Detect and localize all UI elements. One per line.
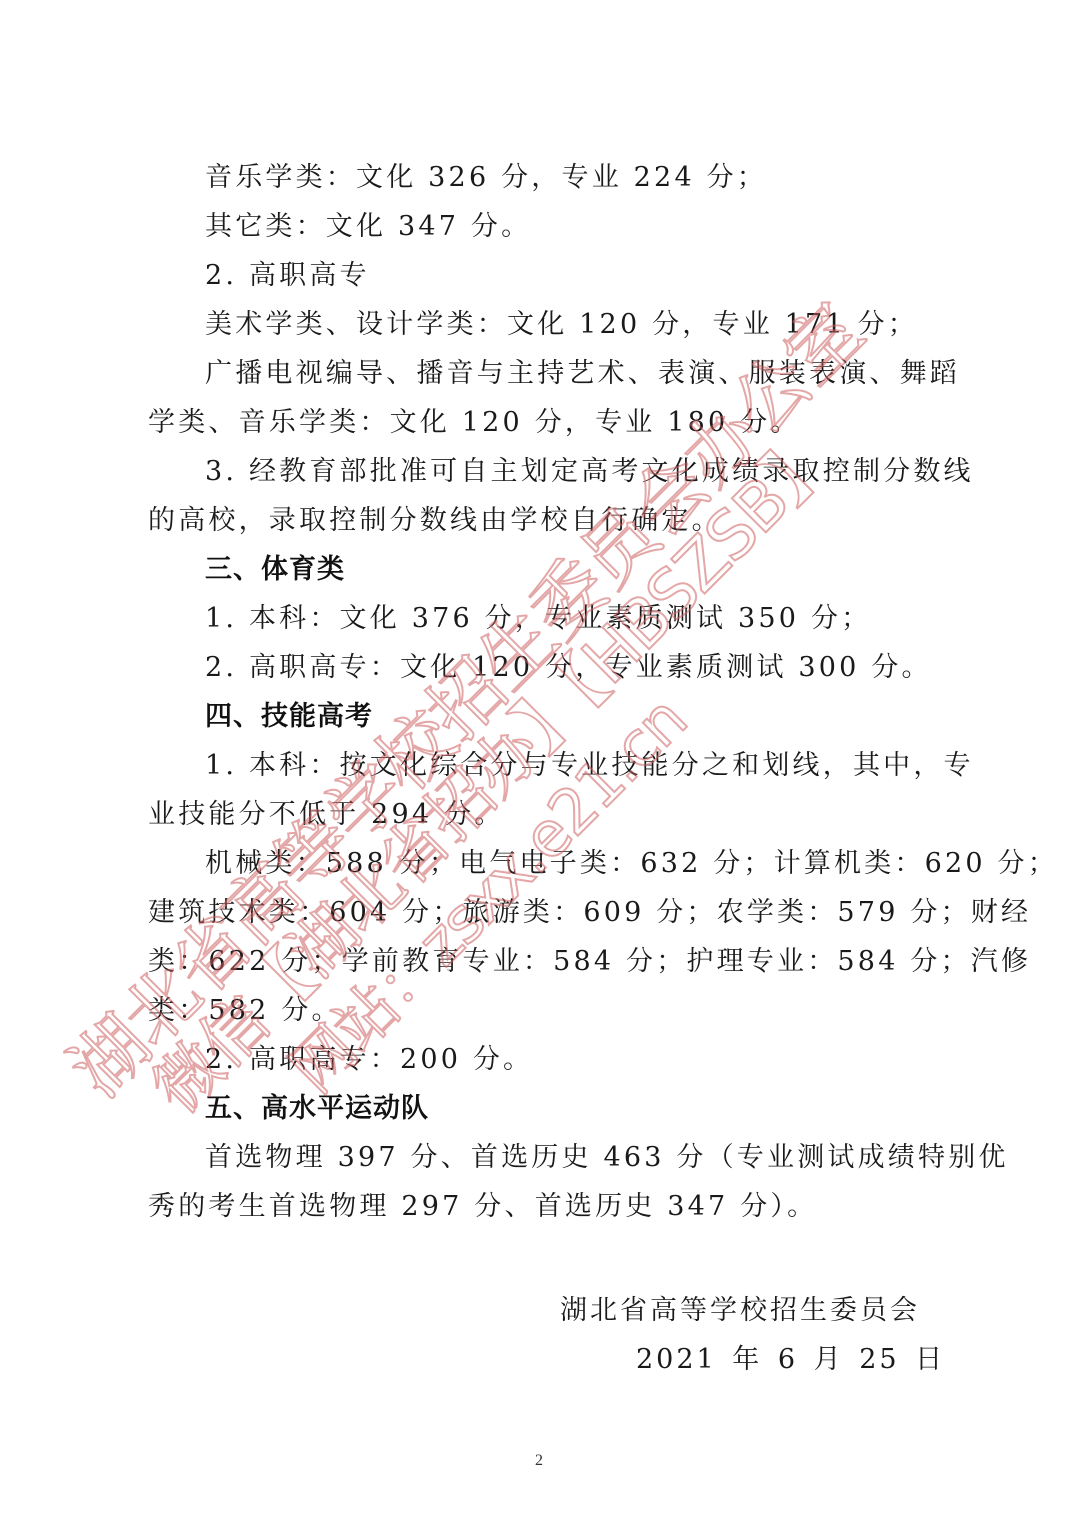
text-line: 秀的考生首选物理 297 分、首选历史 347 分）。	[148, 1182, 930, 1231]
text-line: 建筑技术类：604 分；旅游类：609 分；农学类：579 分；财经	[148, 888, 930, 937]
subsection-title: 2. 高职高专	[148, 251, 930, 300]
text-line: 美术学类、设计学类：文化 120 分，专业 171 分；	[148, 300, 930, 349]
page-number: 2	[535, 1452, 543, 1470]
document-page: 音乐学类：文化 326 分，专业 224 分； 其它类：文化 347 分。 2.…	[0, 0, 1080, 1526]
text-line: 类：622 分；学前教育专业：584 分；护理专业：584 分；汽修	[148, 937, 930, 986]
text-line: 2. 高职高专：文化 120 分，专业素质测试 300 分。	[148, 643, 930, 692]
document-body: 音乐学类：文化 326 分，专业 224 分； 其它类：文化 347 分。 2.…	[148, 153, 930, 1231]
section-heading-high-level-team: 五、高水平运动队	[148, 1084, 930, 1133]
text-line: 的高校，录取控制分数线由学校自行确定。	[148, 496, 930, 545]
text-line: 类：582 分。	[148, 986, 930, 1035]
text-line: 1. 本科：按文化综合分与专业技能分之和划线，其中，专	[148, 741, 930, 790]
text-line: 学类、音乐学类：文化 120 分，专业 180 分。	[148, 398, 930, 447]
section-heading-sports: 三、体育类	[148, 545, 930, 594]
text-line: 1. 本科：文化 376 分，专业素质测试 350 分；	[148, 594, 930, 643]
text-line: 机械类：588 分；电气电子类：632 分；计算机类：620 分；	[148, 839, 930, 888]
text-line: 业技能分不低于 294 分。	[148, 790, 930, 839]
text-line: 3. 经教育部批准可自主划定高考文化成绩录取控制分数线	[148, 447, 930, 496]
text-line: 其它类：文化 347 分。	[148, 202, 930, 251]
text-line: 2. 高职高专：200 分。	[148, 1035, 930, 1084]
signature-date: 2021 年 6 月 25 日	[636, 1337, 945, 1376]
section-heading-skills-exam: 四、技能高考	[148, 692, 930, 741]
signature-organization: 湖北省高等学校招生委员会	[560, 1288, 920, 1327]
text-line: 广播电视编导、播音与主持艺术、表演、服装表演、舞蹈	[148, 349, 930, 398]
text-line: 首选物理 397 分、首选历史 463 分（专业测试成绩特别优	[148, 1133, 930, 1182]
text-line: 音乐学类：文化 326 分，专业 224 分；	[148, 153, 930, 202]
